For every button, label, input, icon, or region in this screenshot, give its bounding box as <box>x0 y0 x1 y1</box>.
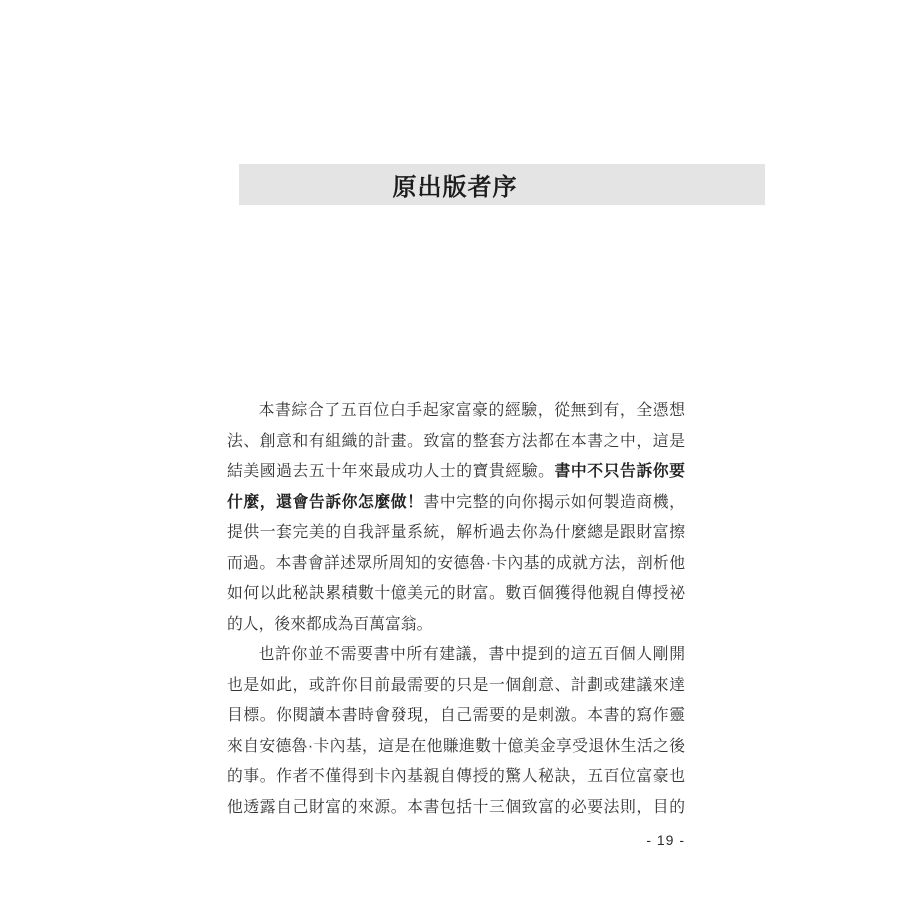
text-segment: 而過。本書會詳述眾所周知的安德魯·卡內基的成就方法，剖析他 <box>227 555 685 572</box>
text-line: 本書綜合了五百位白手起家富豪的經驗，從無到有，全憑想 <box>227 396 685 427</box>
text-segment: 也許你並不需要書中所有建議，書中提到的這五百個人剛開始 <box>227 646 685 671</box>
text-line: 來自安德魯·卡內基，這是在他賺進數十億美金享受退休生活之後 <box>227 732 685 763</box>
text-segment: 結美國過去五十年來最成功人士的寶貴經驗。 <box>227 463 555 480</box>
text-segment: 如何以此秘訣累積數十億美元的財富。數百個獲得他親自傳授祕訣 <box>227 585 685 610</box>
text-segment: 法、創意和有組織的計畫。致富的整套方法都在本書之中，這是集 <box>227 433 685 458</box>
page-body: 本書綜合了五百位白手起家富豪的經驗，從無到有，全憑想法、創意和有組織的計畫。致富… <box>227 396 685 823</box>
text-segment: 也是如此，或許你目前最需要的只是一個創意、計劃或建議來達成 <box>227 677 685 702</box>
text-line: 也是如此，或許你目前最需要的只是一個創意、計劃或建議來達成 <box>227 671 685 702</box>
text-line: 什麼，還會告訴你怎麼做！書中完整的向你揭示如何製造商機，並 <box>227 488 685 519</box>
book-page: 原出版者序 本書綜合了五百位白手起家富豪的經驗，從無到有，全憑想法、創意和有組織… <box>0 0 900 900</box>
paragraph: 也許你並不需要書中所有建議，書中提到的這五百個人剛開始也是如此，或許你目前最需要… <box>227 640 685 823</box>
text-line: 結美國過去五十年來最成功人士的寶貴經驗。書中不只告訴你要做 <box>227 457 685 488</box>
text-segment: 他透露自己財富的來源。本書包括十三個致富的必要法則，目的在 <box>227 799 685 824</box>
page-number: - 19 - <box>227 830 685 850</box>
text-segment: 提供一套完美的自我評量系統，解析過去你為什麼總是跟財富擦身 <box>227 524 685 549</box>
text-segment-bold: 什麼，還會告訴你怎麼做！ <box>227 494 424 511</box>
text-segment: 的人，後來都成為百萬富翁。 <box>227 616 432 633</box>
text-segment: 目標。你閱讀本書時會發現，自己需要的是刺激。本書的寫作靈感 <box>227 707 685 732</box>
text-line: 如何以此秘訣累積數十億美元的財富。數百個獲得他親自傳授祕訣 <box>227 579 685 610</box>
text-line: 目標。你閱讀本書時會發現，自己需要的是刺激。本書的寫作靈感 <box>227 701 685 732</box>
chapter-header-bar: 原出版者序 <box>239 164 765 205</box>
text-line: 提供一套完美的自我評量系統，解析過去你為什麼總是跟財富擦身 <box>227 518 685 549</box>
text-line: 他透露自己財富的來源。本書包括十三個致富的必要法則，目的在 <box>227 793 685 824</box>
chapter-title: 原出版者序 <box>393 167 518 202</box>
text-line: 也許你並不需要書中所有建議，書中提到的這五百個人剛開始 <box>227 640 685 671</box>
text-segment: 來自安德魯·卡內基，這是在他賺進數十億美金享受退休生活之後 <box>227 738 685 755</box>
text-segment: 的事。作者不僅得到卡內基親自傳授的驚人秘訣，五百位富豪也向 <box>227 768 685 793</box>
text-line: 法、創意和有組織的計畫。致富的整套方法都在本書之中，這是集 <box>227 427 685 458</box>
paragraph: 本書綜合了五百位白手起家富豪的經驗，從無到有，全憑想法、創意和有組織的計畫。致富… <box>227 396 685 640</box>
text-line: 的人，後來都成為百萬富翁。 <box>227 610 685 641</box>
text-line: 的事。作者不僅得到卡內基親自傳授的驚人秘訣，五百位富豪也向 <box>227 762 685 793</box>
text-segment: 本書綜合了五百位白手起家富豪的經驗，從無到有，全憑想 <box>259 402 685 419</box>
text-line: 而過。本書會詳述眾所周知的安德魯·卡內基的成就方法，剖析他 <box>227 549 685 580</box>
